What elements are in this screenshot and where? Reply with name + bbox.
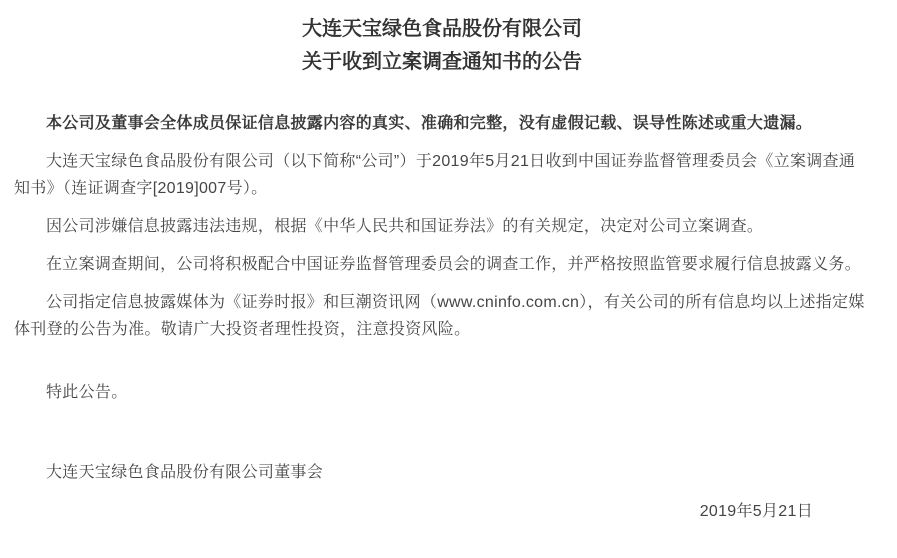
- announcement-page: 大连天宝绿色食品股份有限公司 关于收到立案调查通知书的公告 本公司及董事会全体成…: [0, 0, 897, 558]
- date-line: 2019年5月21日: [14, 498, 870, 525]
- document-title-line-2: 关于收到立案调查通知书的公告: [14, 46, 870, 79]
- body-paragraph-investigation-reason: 因公司涉嫌信息披露违法违规，根据《中华人民共和国证券法》的有关规定，决定对公司立…: [14, 213, 870, 240]
- document-title-line-1: 大连天宝绿色食品股份有限公司: [14, 13, 870, 46]
- body-paragraph-notice-received: 大连天宝绿色食品股份有限公司（以下简称“公司”）于2019年5月21日收到中国证…: [14, 148, 870, 202]
- disclaimer-paragraph: 本公司及董事会全体成员保证信息披露内容的真实、准确和完整，没有虚假记载、误导性陈…: [14, 110, 870, 137]
- body-paragraph-cooperation: 在立案调查期间，公司将积极配合中国证券监督管理委员会的调查工作，并严格按照监管要…: [14, 251, 870, 278]
- announcement-document: 大连天宝绿色食品股份有限公司 关于收到立案调查通知书的公告 本公司及董事会全体成…: [0, 0, 897, 525]
- document-title: 大连天宝绿色食品股份有限公司 关于收到立案调查通知书的公告: [14, 13, 870, 79]
- closing-statement: 特此公告。: [14, 379, 870, 406]
- signature-line: 大连天宝绿色食品股份有限公司董事会: [14, 459, 870, 486]
- body-paragraph-media-designation: 公司指定信息披露媒体为《证券时报》和巨潮资讯网（www.cninfo.com.c…: [14, 289, 870, 343]
